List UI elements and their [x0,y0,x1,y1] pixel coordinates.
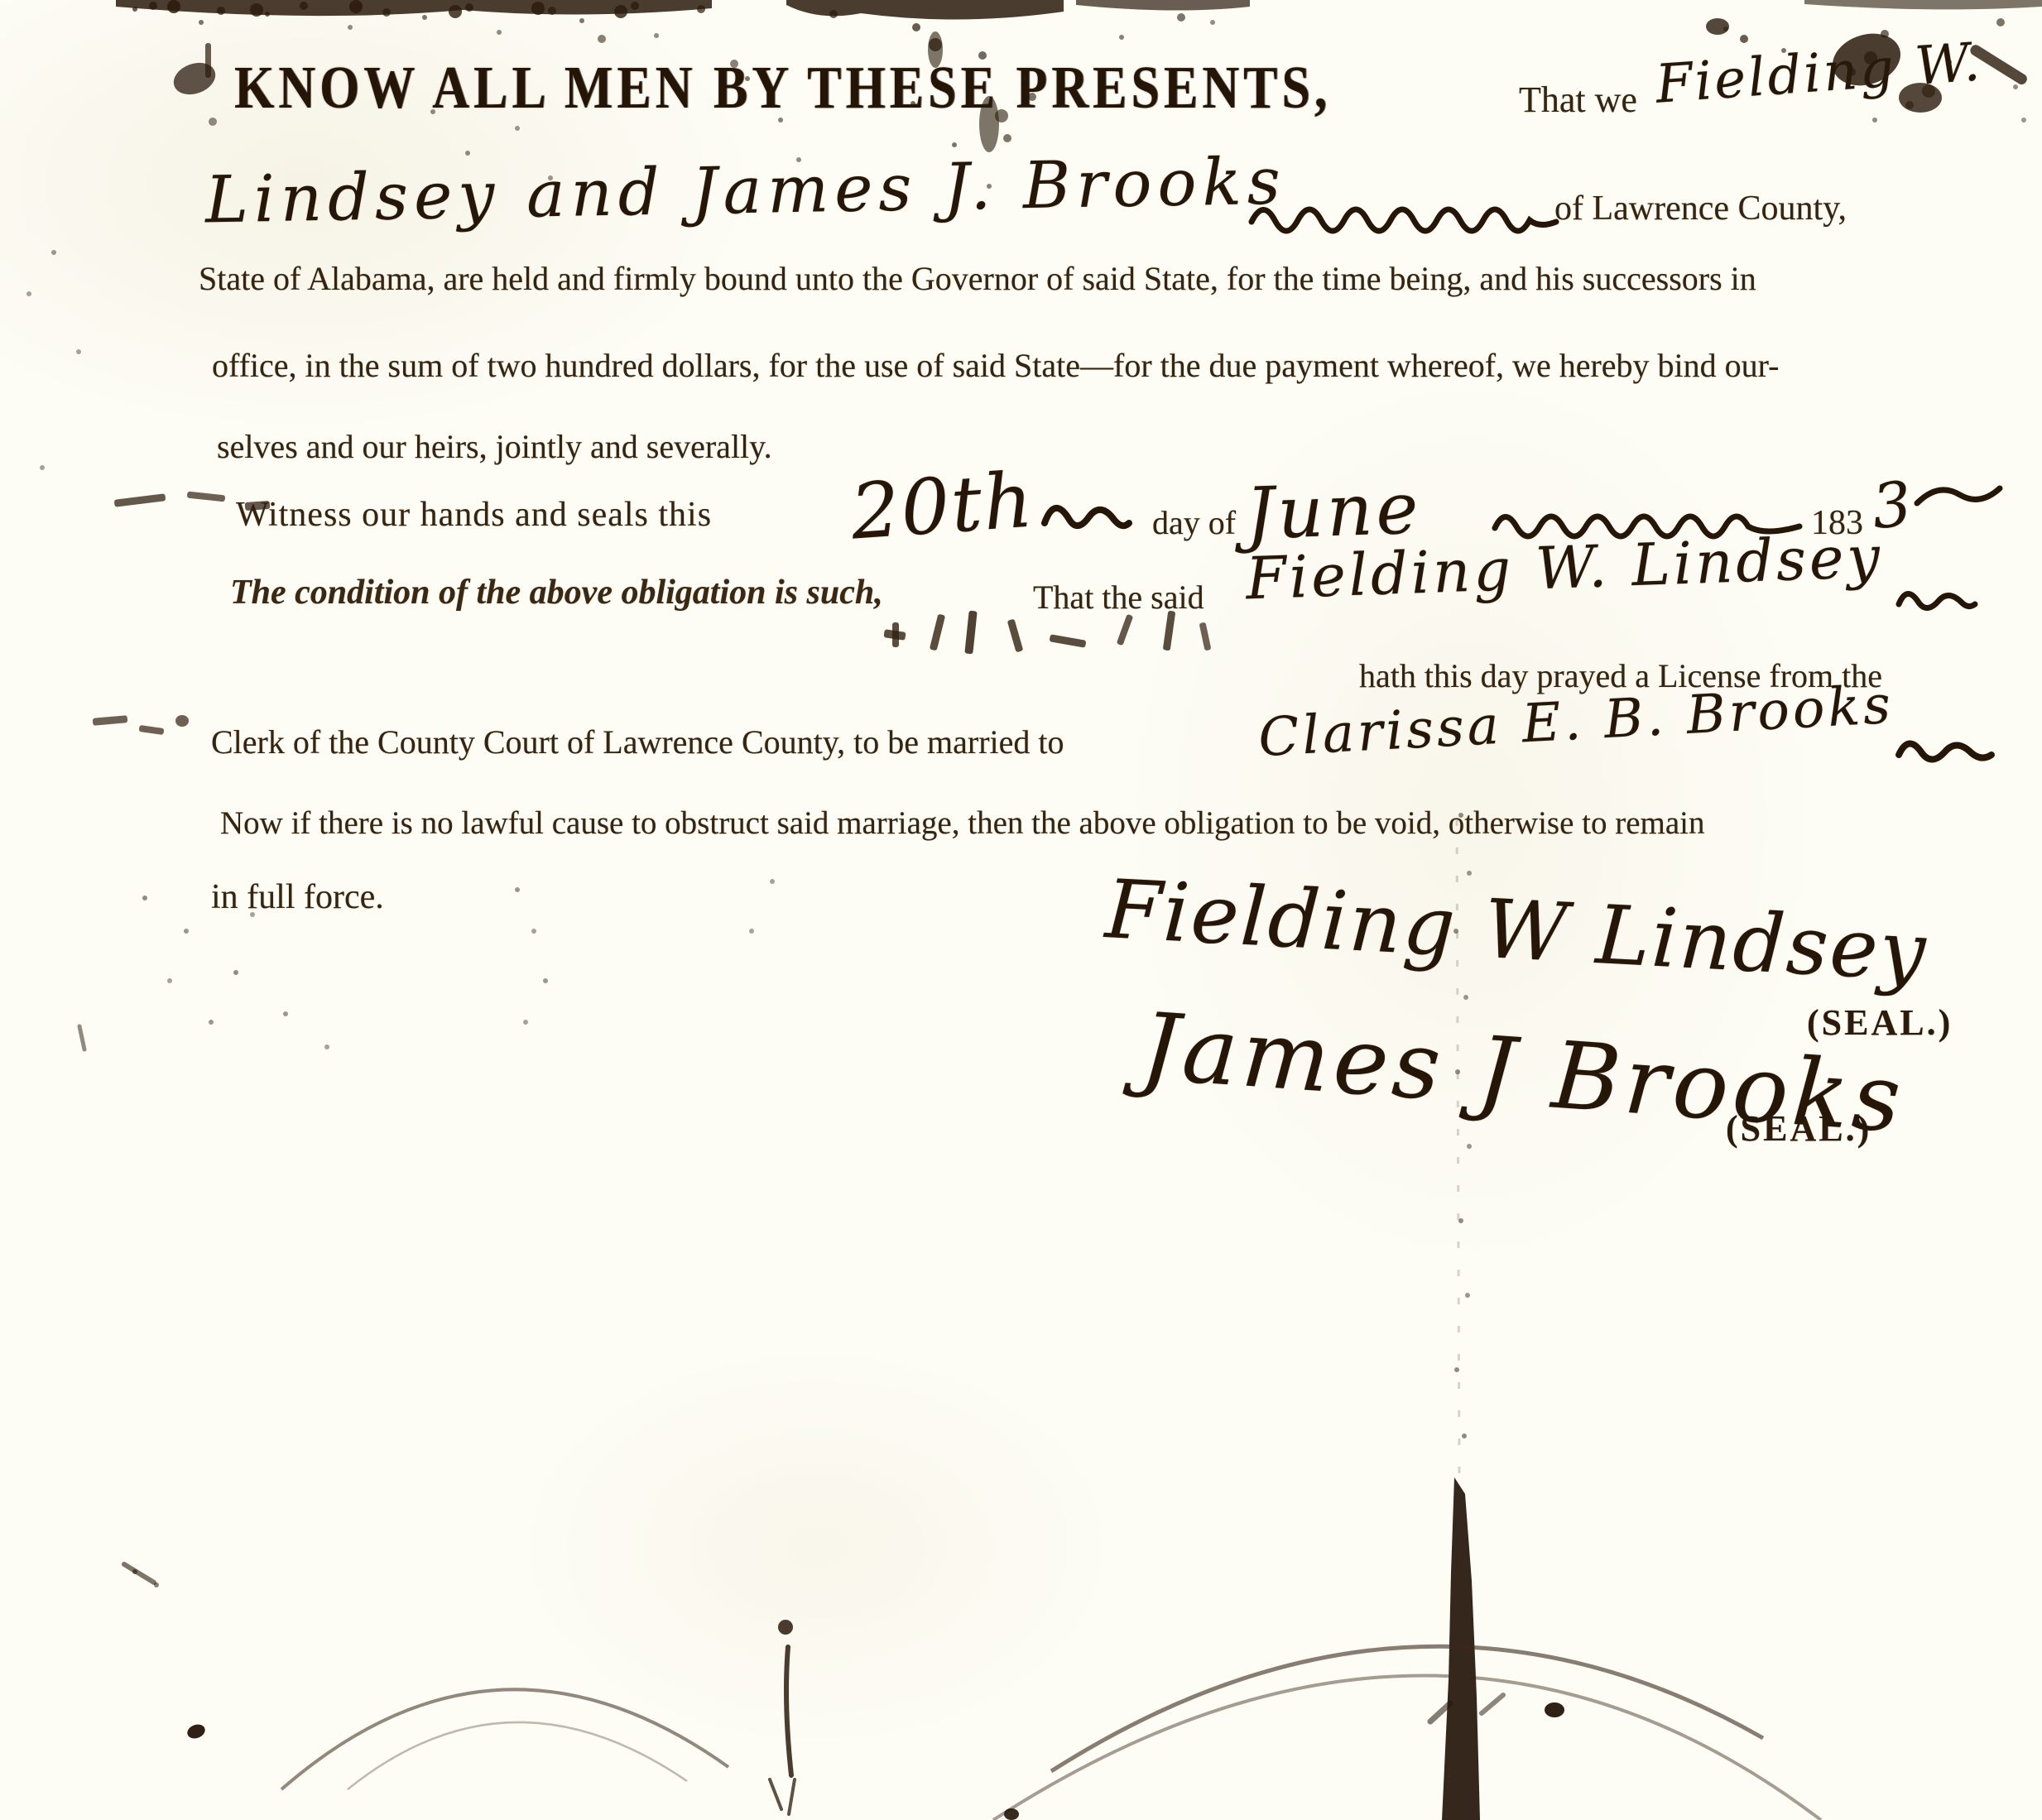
printed-day-of: day of [1152,503,1236,542]
pen-flourish [1041,495,1132,545]
witness-prefix: Witness our hands and seals this [236,495,712,535]
pen-flourish [1895,579,1978,617]
pen-flourish [1914,480,2005,513]
condition-italic-clause: The condition of the above obligation is… [230,573,883,612]
body-line-1: State of Alabama, are held and firmly bo… [199,259,1756,298]
handwritten-day: 20th [848,455,1037,556]
document-scan: KNOW ALL MEN BY THESE PRESENTS, That we … [0,0,2042,1820]
body-line-2: office, in the sum of two hundred dollar… [212,346,1779,385]
seal-label-1: (SEAL.) [1807,1001,1953,1044]
body-line-3: selves and our heirs, jointly and severa… [217,427,772,466]
ink-speckles-large [0,0,13,13]
scan-noise-top [0,0,2042,215]
condition-that-the-said: That the said [1033,578,1204,617]
